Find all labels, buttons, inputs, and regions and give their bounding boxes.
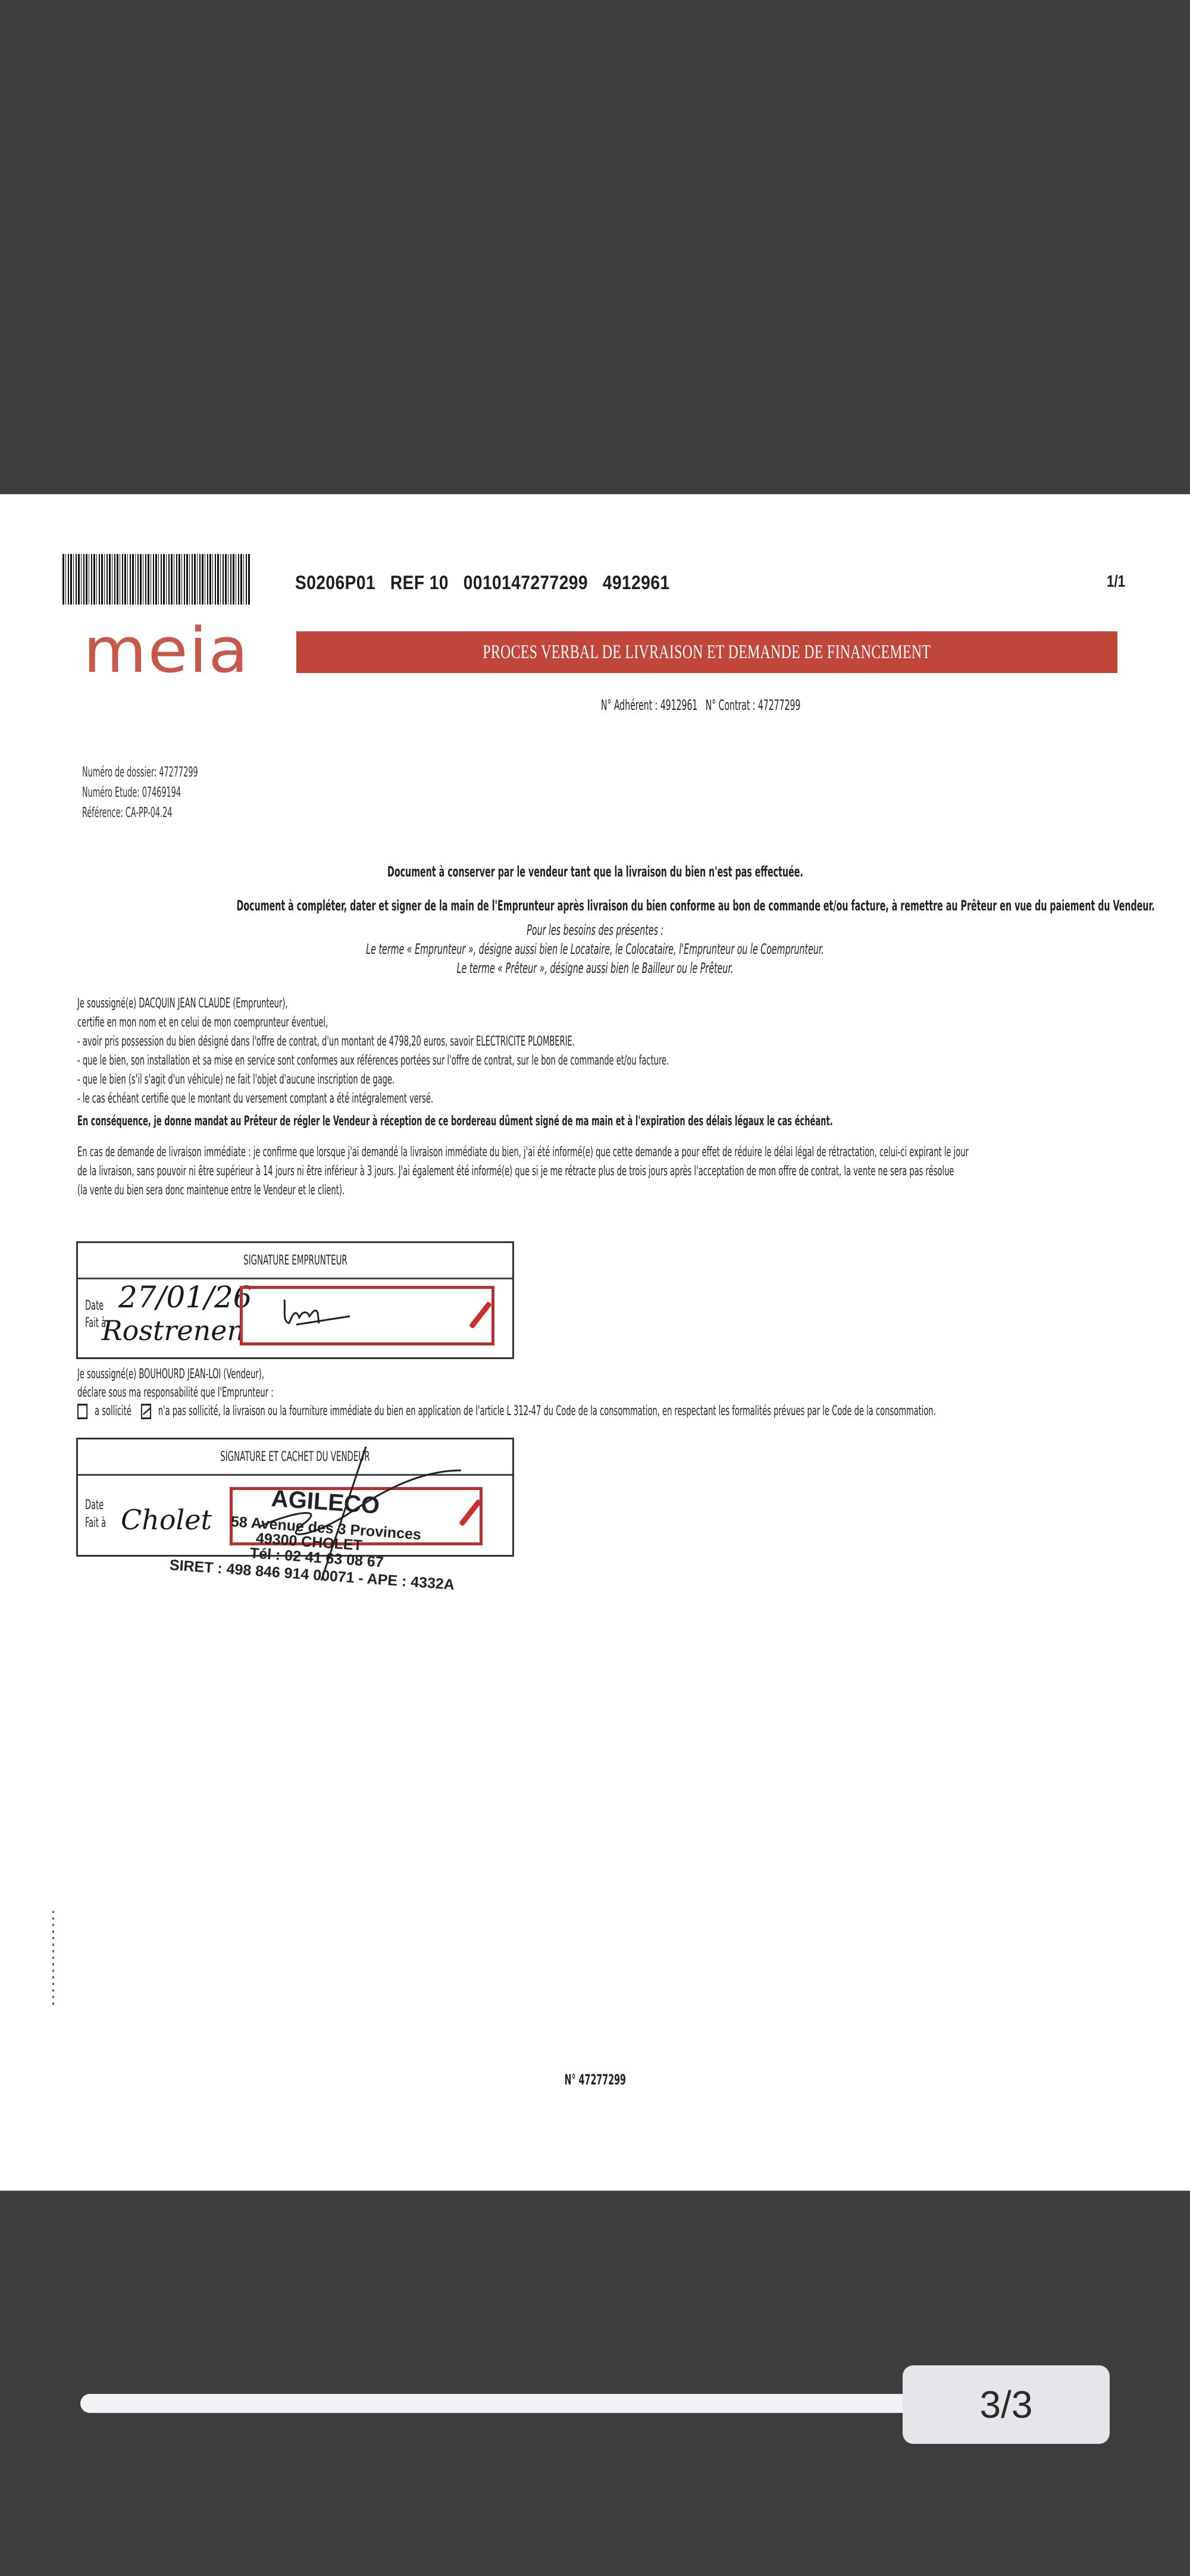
declaration-line: Je soussigné(e) DACQUIN JEAN CLAUDE (Emp… bbox=[77, 994, 1098, 1013]
viewer-top-background bbox=[0, 0, 1190, 494]
notice-terme-emprunteur: Le terme « Emprunteur », désigne aussi b… bbox=[0, 941, 1190, 957]
declaration-line: - avoir pris possession du bien désigné … bbox=[77, 1032, 1098, 1051]
immediate-delivery-line: (la vente du bien sera donc maintenue en… bbox=[77, 1181, 1098, 1200]
page-scrubber-track[interactable] bbox=[80, 2394, 913, 2413]
footer-number: N° 47277299 bbox=[0, 2071, 1190, 2088]
borrower-signature-box: SIGNATURE EMPRUNTEUR Date Fait à 27/01/2… bbox=[76, 1241, 514, 1359]
notice-conserve: Document à conserver par le vendeur tant… bbox=[0, 863, 1190, 880]
notice-terme-preteur: Le terme « Prêteur », désigne aussi bien… bbox=[0, 960, 1190, 976]
vendor-declaration: Je soussigné(e) BOUHOURD JEAN-LOI (Vende… bbox=[77, 1365, 1098, 1420]
date-label: Date bbox=[85, 1298, 104, 1313]
place-handwritten: Rostrenen bbox=[102, 1314, 245, 1347]
title-banner: PROCES VERBAL DE LIVRAISON ET DEMANDE DE… bbox=[296, 631, 1117, 673]
declaration-line: - le cas échéant certifie que le montant… bbox=[77, 1090, 1098, 1109]
mandate-line: En conséquence, je donne mandat au Prête… bbox=[77, 1112, 1098, 1131]
borrower-signature-title: SIGNATURE EMPRUNTEUR bbox=[78, 1243, 512, 1279]
dossier-block: Numéro de dossier: 47277299 Numéro Etude… bbox=[82, 762, 198, 823]
date-label: Date bbox=[85, 1498, 104, 1513]
page-indicator-label: 3/3 bbox=[980, 2383, 1033, 2427]
declaration-line: - que le bien, son installation et sa mi… bbox=[77, 1051, 1098, 1071]
banner-title: PROCES VERBAL DE LIVRAISON ET DEMANDE DE… bbox=[483, 641, 931, 663]
place-handwritten: Cholet bbox=[121, 1504, 212, 1536]
notice-completer: Document à compléter, dater et signer de… bbox=[0, 897, 1190, 914]
vendor-signature-scribble-icon bbox=[256, 1447, 494, 1583]
meia-logo: meia bbox=[83, 619, 249, 681]
scan-artifact-dots bbox=[52, 1911, 54, 2006]
option-a-label: a sollicité bbox=[95, 1404, 131, 1419]
declaration-line: - que le bien (s'il s'agit d'un véhicule… bbox=[77, 1071, 1098, 1090]
checkbox-na-pas-sollicite[interactable] bbox=[141, 1404, 151, 1419]
dossier-number: Numéro de dossier: 47277299 bbox=[82, 762, 198, 782]
vendor-line: déclare sous ma responsabilité que l'Emp… bbox=[77, 1384, 1098, 1402]
borrower-signature-field[interactable] bbox=[240, 1286, 494, 1345]
borrower-declaration: Je soussigné(e) DACQUIN JEAN CLAUDE (Emp… bbox=[77, 994, 1098, 1200]
barcode-icon bbox=[62, 554, 250, 605]
option-b-label: n'a pas sollicité, la livraison ou la fo… bbox=[158, 1404, 936, 1419]
page-of-label: 1/1 bbox=[1107, 572, 1125, 591]
page-indicator-handle[interactable]: 3/3 bbox=[903, 2365, 1110, 2444]
immediate-delivery-line: En cas de demande de livraison immédiate… bbox=[77, 1143, 1098, 1162]
date-handwritten: 27/01/26 bbox=[118, 1280, 252, 1314]
place-label: Fait à bbox=[85, 1516, 106, 1530]
reference-line: S0206P01 REF 10 0010147277299 4912961 bbox=[295, 572, 670, 594]
reference: Référence: CA-PP-04.24 bbox=[82, 803, 198, 823]
adherent-contract-ids: N° Adhérent : 4912961 N° Contrat : 47277… bbox=[601, 697, 800, 713]
etude-number: Numéro Etude: 07469194 bbox=[82, 782, 198, 803]
notice-besoins: Pour les besoins des présentes : bbox=[0, 922, 1190, 938]
document-page: S0206P01 REF 10 0010147277299 4912961 1/… bbox=[0, 494, 1190, 2192]
declaration-line: certifie en mon nom et en celui de mon c… bbox=[77, 1013, 1098, 1032]
vendor-line: Je soussigné(e) BOUHOURD JEAN-LOI (Vende… bbox=[77, 1365, 1098, 1384]
handwritten-signature-icon bbox=[278, 1294, 397, 1335]
immediate-delivery-line: de la livraison, sans pouvoir ni être su… bbox=[77, 1162, 1098, 1181]
checkbox-a-sollicite[interactable] bbox=[77, 1404, 87, 1419]
vendor-options: a sollicitén'a pas sollicité, la livrais… bbox=[77, 1402, 1098, 1420]
